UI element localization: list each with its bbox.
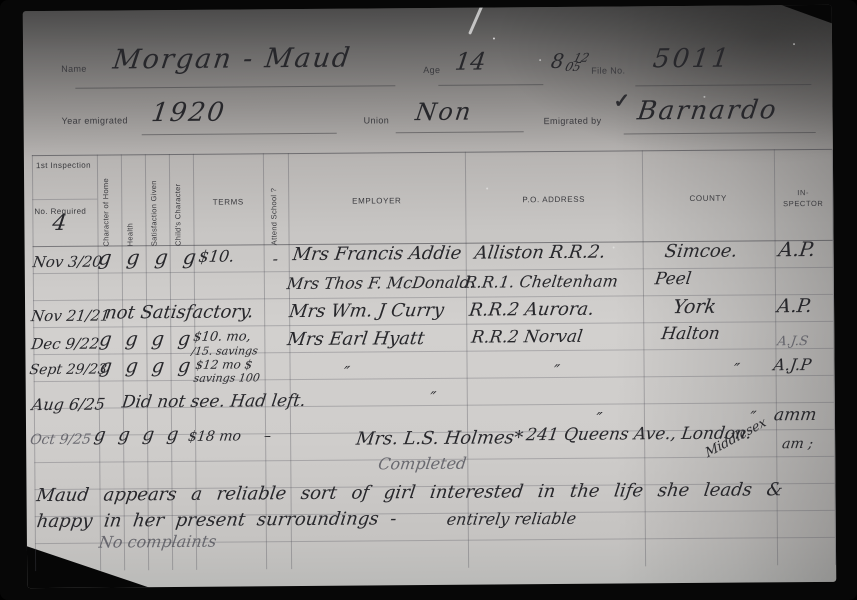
birth-year: 05 [564,63,582,72]
row1-county: Simcoe. [663,243,738,262]
table-row-line [32,199,97,201]
row6-employer-ditto: ″ [429,390,437,406]
col-county-label: COUNTY [642,193,774,203]
row4-inspector: A.J.S [777,335,809,348]
first-inspection-label: 1st Inspection [36,161,91,170]
checkmark: ✓ [613,88,630,113]
row1-address: Alliston R.R.2. [473,244,606,263]
age-value: 14 [454,50,488,74]
row1-inspector: A.P. [777,239,816,259]
col-childs-character-label: Child's Character [173,160,183,246]
row4-grades: g g g g [98,330,191,350]
col-employer-label: EMPLOYER [288,196,465,206]
row3-county: York [672,298,717,317]
file-no-label: File No. [591,65,625,75]
row5-terms-2: savings 100 [193,372,261,384]
row5-terms: $12 mo $ [195,358,253,370]
row2-county: Peel [654,271,692,288]
table-column-line [263,153,267,569]
row1-employer: Mrs Francis Addie [291,245,462,264]
row6-note: Did not see. Had left. [121,393,307,411]
row6-inspector: amm [773,407,818,424]
col-health-label: Health [125,160,135,246]
emigrated-by-label: Emigrated by [544,116,602,126]
row7-inspector: am ; [781,437,814,451]
row3-note: not Satisfactory. [104,303,255,322]
no-required-value: 4 [51,213,68,235]
birth-day: 8 [550,49,566,73]
row3-inspector: A.P. [776,297,813,316]
row5-grades: g g g g [98,357,191,377]
row2-address: R.R.1. Cheltenham [464,274,619,291]
union-value: Non [414,100,474,124]
row4-address: R.R.2 Norval [470,329,583,347]
table-column-line [288,153,292,569]
row1-attend: - [272,251,280,267]
row6-date: Aug 6/25 [31,397,106,414]
table-column-line [465,152,469,568]
emigrated-by-value: Barnardo [636,97,779,124]
name-value: Morgan - Maud [111,45,353,74]
row5-inspector: A.J.P [772,357,812,373]
record-card: Name Morgan - Maud Age 14 81205 File No.… [23,5,837,588]
col-satisfaction-given-label: Satisfaction Given [149,160,159,246]
col-po-address-label: P.O. ADDRESS [465,194,642,204]
name-label: Name [61,64,87,74]
year-emigrated-label: Year emigrated [62,115,128,126]
col-inspector-label-1: IN- [774,188,832,197]
col-inspector-label-2: SPECTOR [774,199,832,208]
col-character-of-home-label: Character of Home [101,161,111,247]
row3-address: R.R.2 Aurora. [468,301,595,320]
row4-county: Halton [660,326,721,343]
birth-date-note: 81205 [550,51,585,72]
row2-employer: Mrs Thos F. McDonald. [286,275,476,292]
file-no-value: 5011 [651,46,733,73]
dust-specks [493,37,495,39]
row1-grades: g g g g [97,247,197,268]
col-attend-school-label: Attend School ? [269,159,279,245]
row4-date: Dec 9/22 [30,337,100,353]
year-emigrated-value: 1920 [150,100,228,127]
row3-employer: Mrs Wm. J Curry [288,302,445,321]
record-card-photo: Name Morgan - Maud Age 14 81205 File No.… [0,0,857,600]
age-label: Age [423,65,440,75]
row5-date: Sept 29/23 [29,363,108,378]
union-label: Union [364,115,390,125]
row4-terms-2: /15. savings [191,345,259,357]
row4-employer: Mrs Earl Hyatt [286,330,425,349]
row4-terms: $10. mo, [192,330,251,343]
col-terms-label: TERMS [193,197,263,207]
row1-terms: $10. [198,249,236,265]
row1-date: Nov 3/20 [32,255,103,271]
